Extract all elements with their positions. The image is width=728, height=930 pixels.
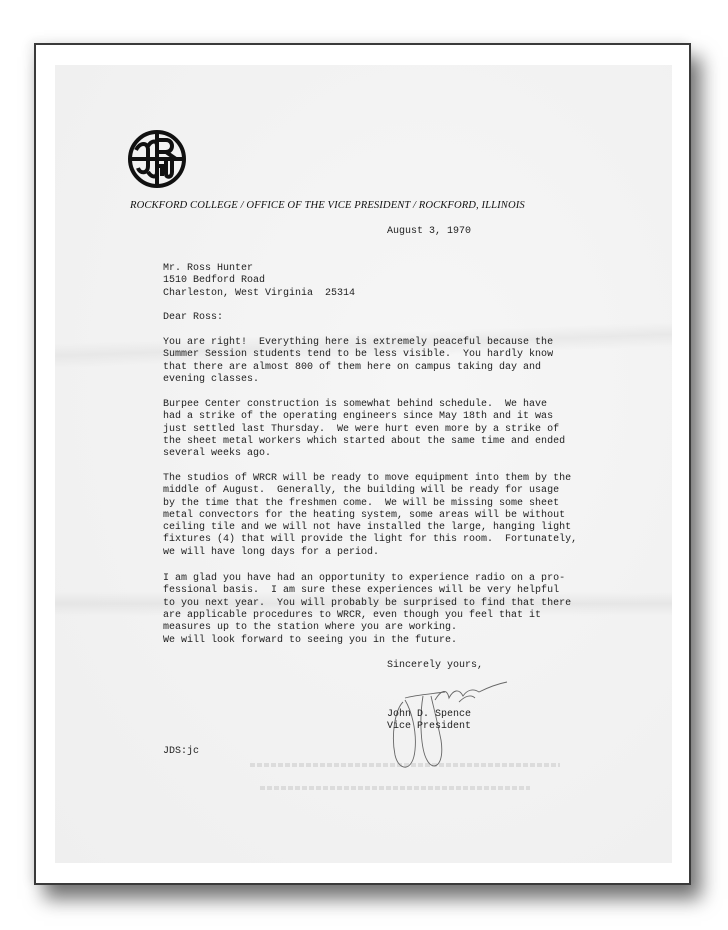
signer-name: John D. Spence	[387, 709, 471, 720]
reference-initials: JDS:jc	[163, 746, 199, 758]
body-paragraph: We will look forward to seeing you in th…	[163, 635, 457, 647]
rockford-college-seal-icon	[126, 128, 188, 190]
letterhead-text: ROCKFORD COLLEGE / OFFICE OF THE VICE PR…	[130, 200, 525, 211]
body-paragraph: You are right! Everything here is extrem…	[163, 337, 553, 386]
signer-block: John D. Spence Vice President	[387, 709, 471, 734]
recipient-street: 1510 Bedford Road	[163, 275, 265, 286]
bleed-through-text	[250, 763, 560, 767]
body-paragraph: The studios of WRCR will be ready to mov…	[163, 473, 577, 559]
closing: Sincerely yours,	[387, 660, 483, 672]
recipient-name: Mr. Ross Hunter	[163, 263, 253, 274]
body-paragraph: Burpee Center construction is somewhat b…	[163, 399, 565, 460]
salutation: Dear Ross:	[163, 312, 223, 324]
letter-date: August 3, 1970	[387, 226, 471, 238]
body-paragraph: I am glad you have had an opportunity to…	[163, 573, 571, 634]
recipient-city: Charleston, West Virginia 25314	[163, 288, 355, 299]
signer-title: Vice President	[387, 721, 471, 732]
bleed-through-text	[260, 786, 530, 790]
recipient-address: Mr. Ross Hunter 1510 Bedford Road Charle…	[163, 263, 355, 300]
